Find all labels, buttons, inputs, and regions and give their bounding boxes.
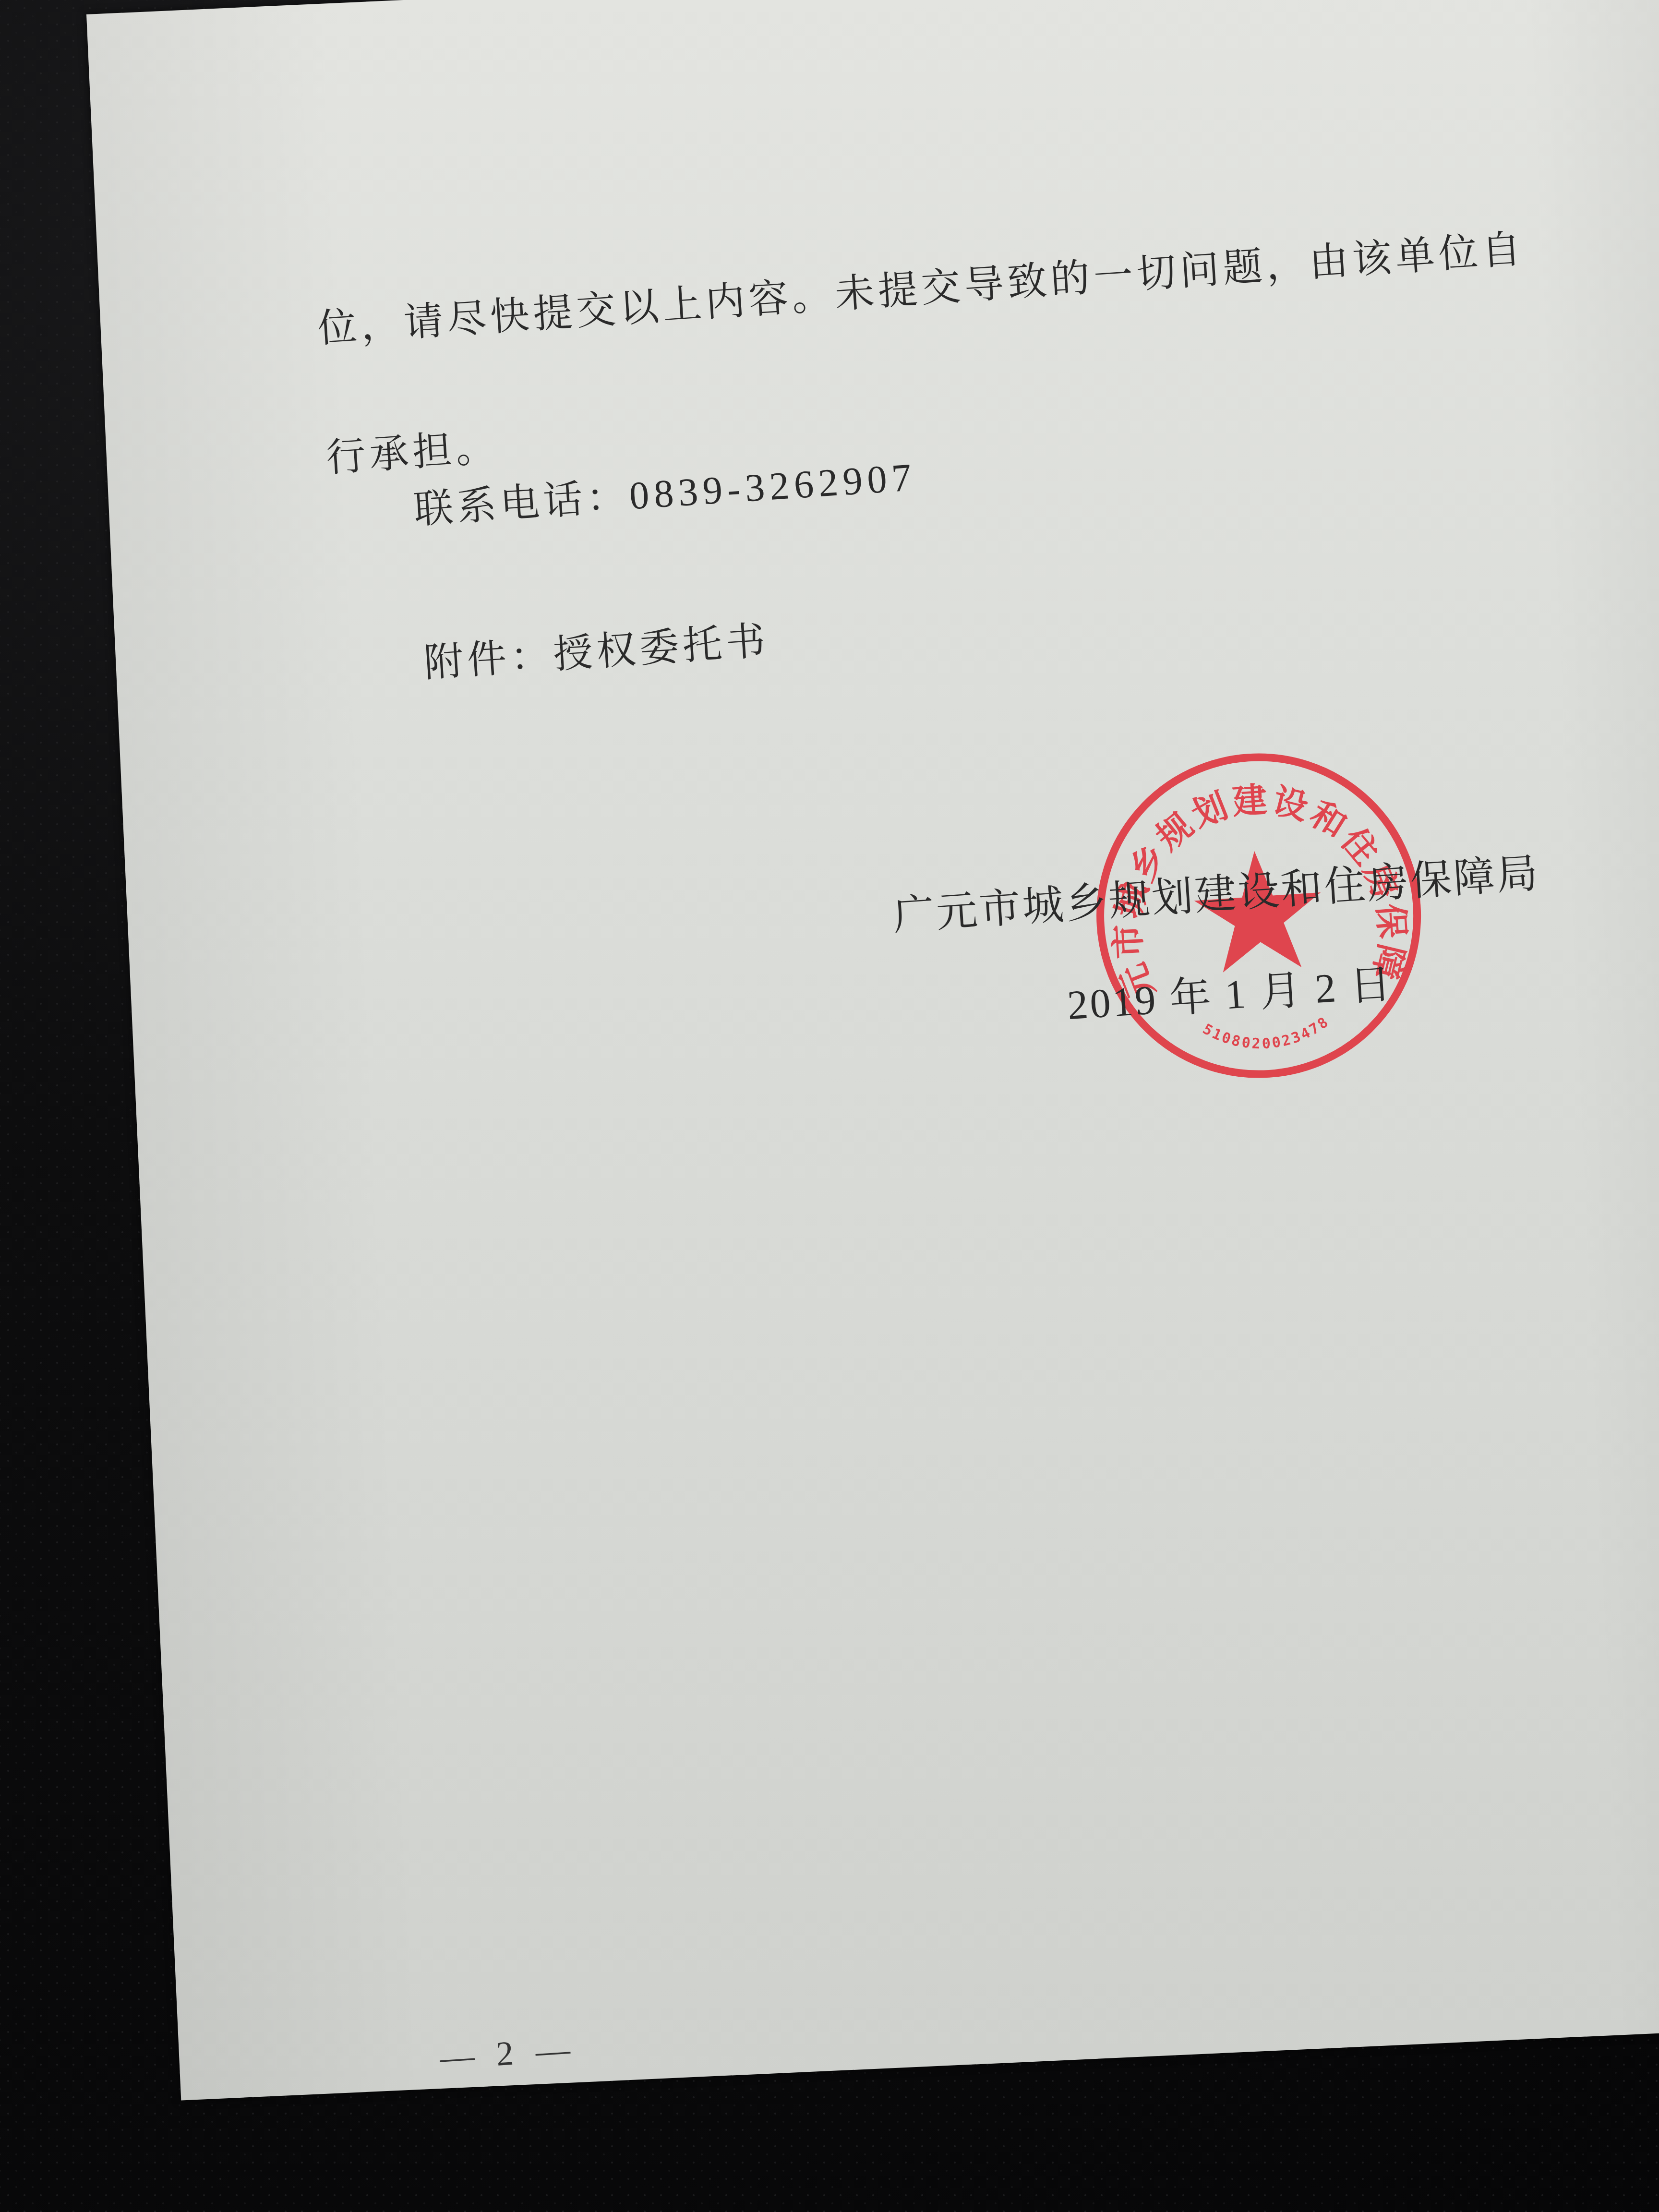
contact-label: 联系电话： (412, 473, 631, 533)
page-content: 位，请尽快提交以上内容。未提交导致的一切问题，由该单位自 行承担。 联系电话：0… (77, 0, 1659, 2159)
contact-phone: 0839-3262907 (628, 455, 917, 517)
body-paragraph-line-2: 行承担。 (325, 427, 500, 478)
attachment-line: 附件：授权委托书 (423, 621, 770, 684)
document-page: 位，请尽快提交以上内容。未提交导致的一切问题，由该单位自 行承担。 联系电话：0… (86, 0, 1659, 2101)
page-number: — 2 — (438, 2029, 578, 2078)
attachment-name: 授权委托书 (552, 618, 770, 678)
body-paragraph-line-1: 位，请尽快提交以上内容。未提交导致的一切问题，由该单位自 (316, 229, 1526, 349)
attachment-label: 附件： (422, 632, 555, 686)
